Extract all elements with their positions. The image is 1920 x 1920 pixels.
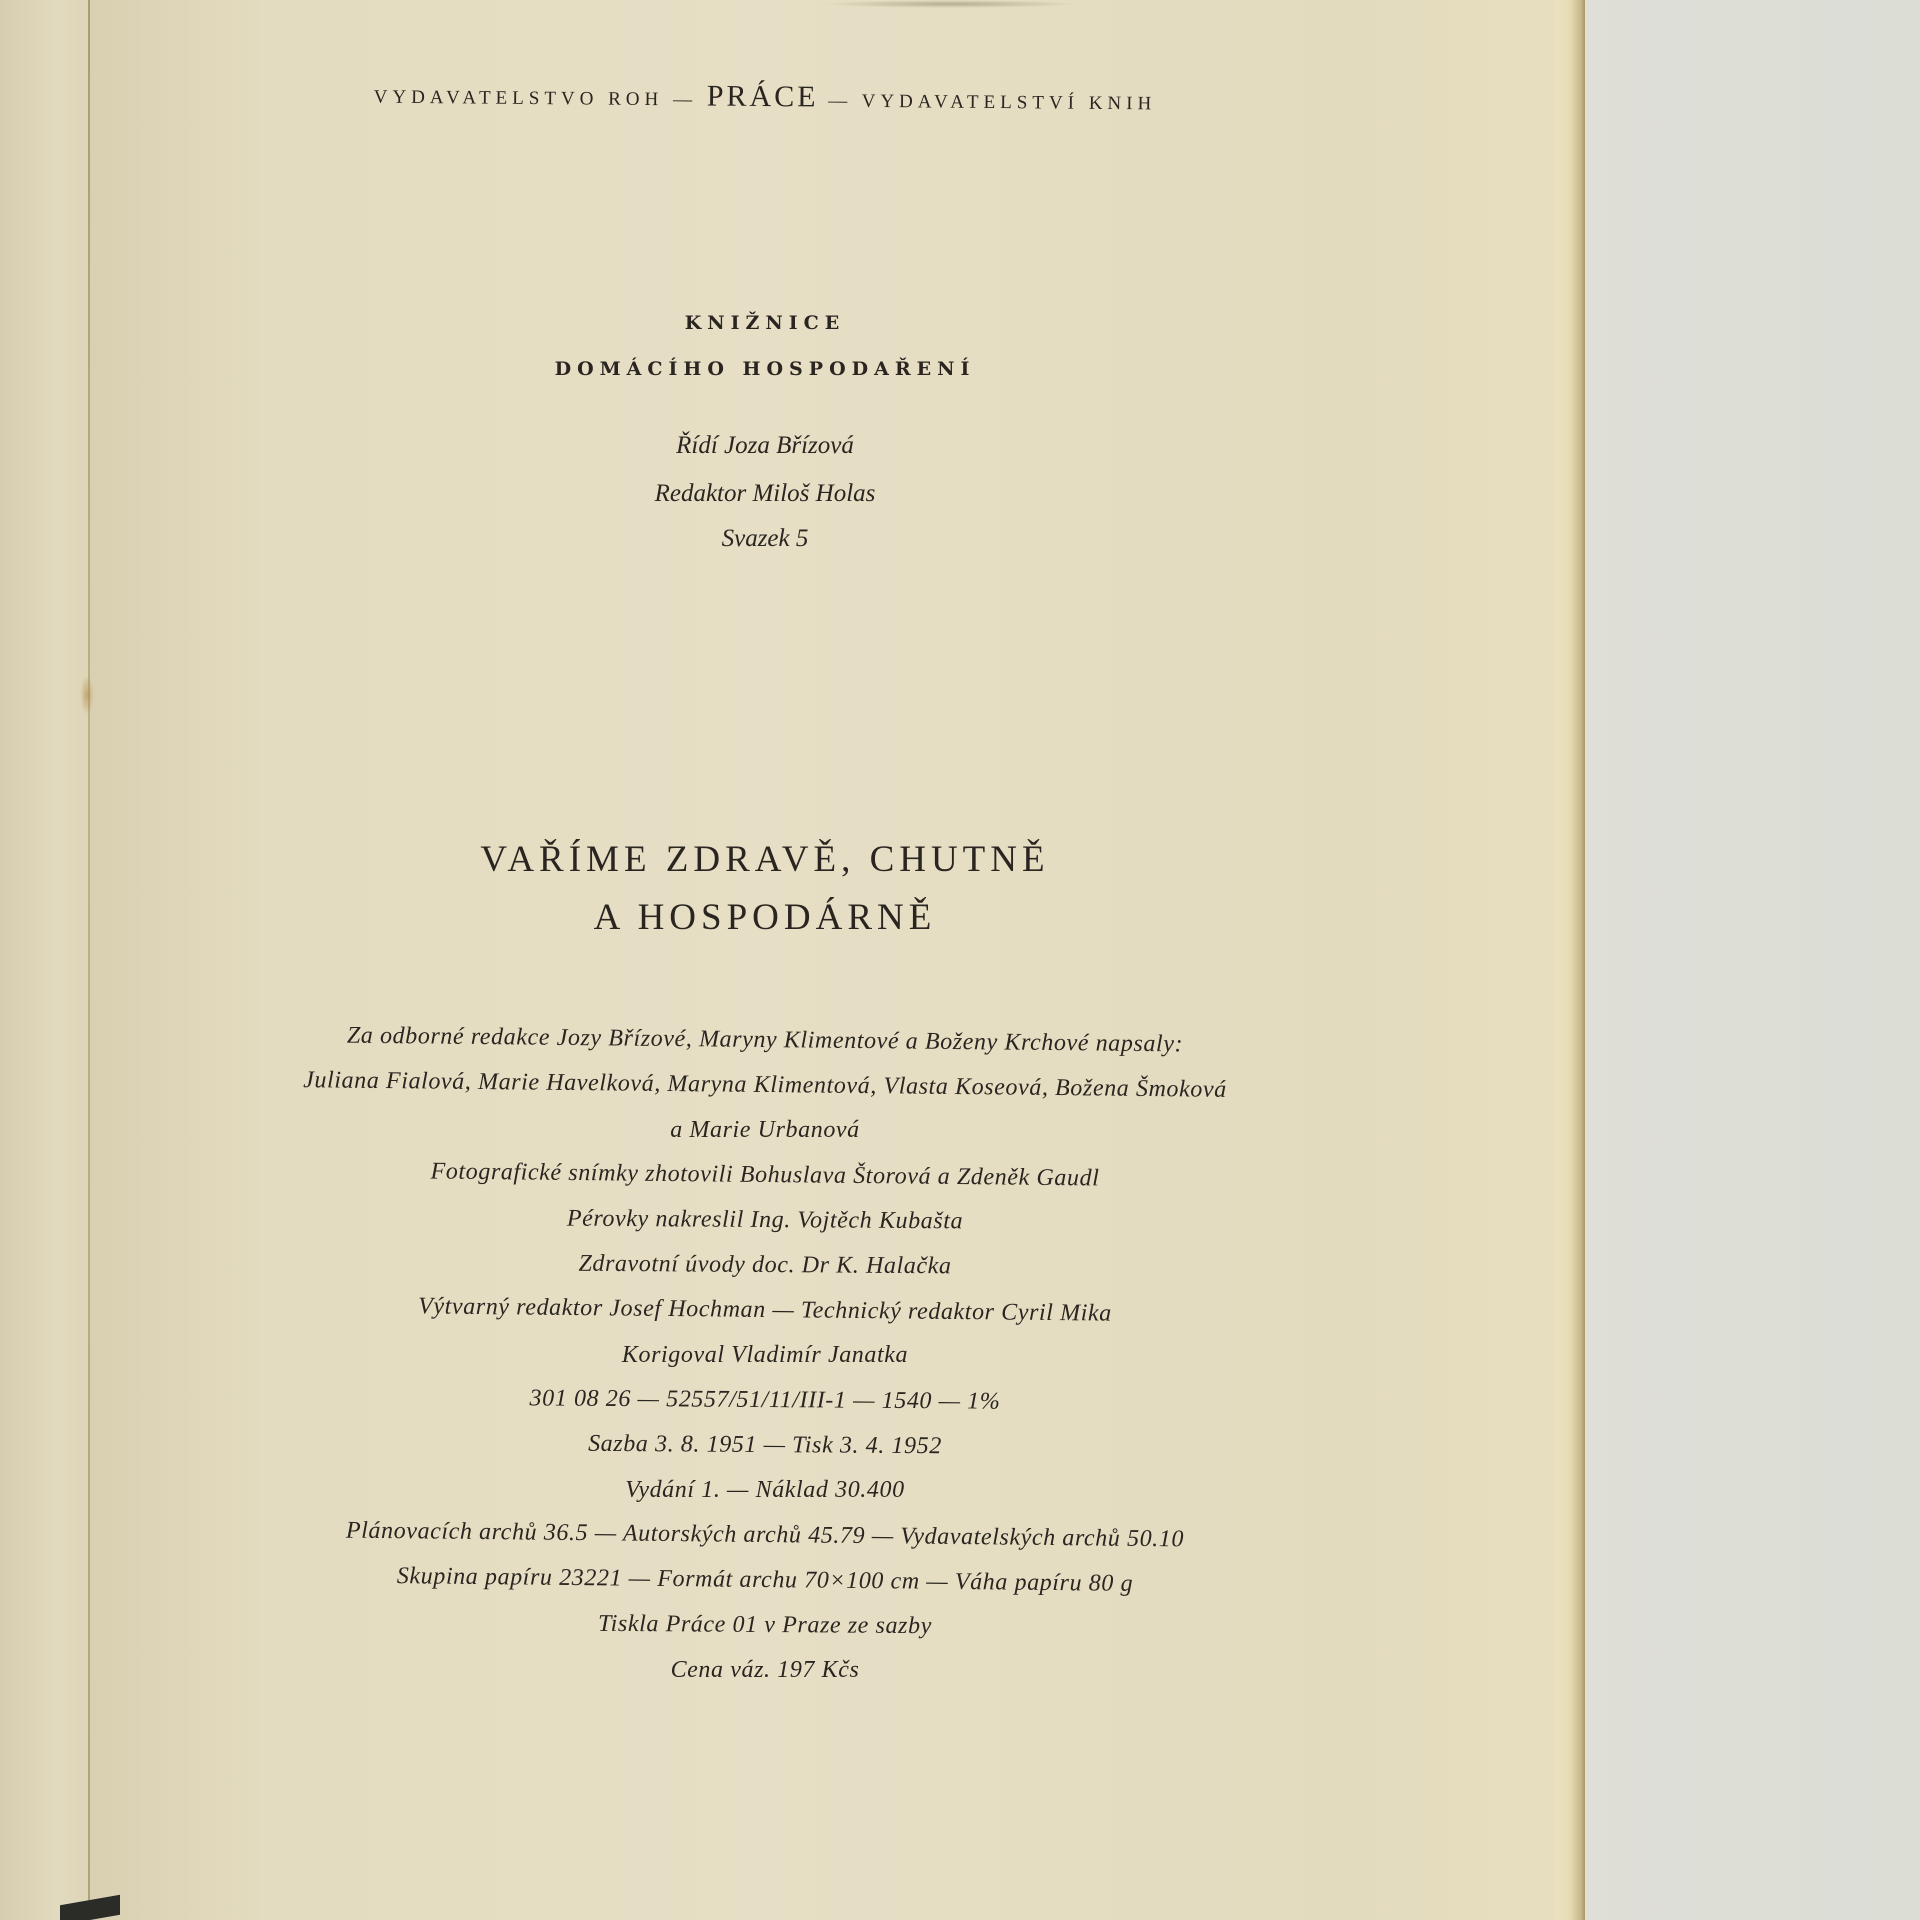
publisher-left: VYDAVATELSTVO ROH — [374, 87, 664, 111]
credit-line: Tiskla Práce 01 v Praze ze sazby — [0, 1598, 1530, 1654]
credit-line: Vydání 1. — Náklad 30.400 — [0, 1468, 1530, 1513]
dash: — — [673, 89, 697, 110]
series-name-line-2: DOMÁCÍHO HOSPODAŘENÍ — [0, 358, 1530, 380]
publisher-center: PRÁCE — [707, 79, 819, 113]
page-right-edge — [1555, 0, 1585, 1920]
publisher-right: VYDAVATELSTVÍ KNIH — [862, 91, 1157, 115]
paper-stain — [80, 675, 94, 715]
book-title-line-1: VAŘÍME ZDRAVĚ, CHUTNĚ — [0, 838, 1530, 881]
top-shadow — [820, 0, 1080, 8]
dash: — — [828, 91, 852, 112]
credit-line: Sazba 3. 8. 1951 — Tisk 3. 4. 1952 — [0, 1418, 1530, 1474]
price-line: Cena váz. 197 Kčs — [0, 1648, 1530, 1693]
credit-line: a Marie Urbanová — [0, 1108, 1530, 1153]
credit-line: Korigoval Vladimír Janatka — [0, 1333, 1530, 1378]
series-editor: Řídí Joza Břízová — [0, 432, 1530, 460]
series-name-line-1: KNIŽNICE — [0, 312, 1530, 334]
imprint-credits: Za odborné redakce Jozy Břízové, Maryny … — [0, 1018, 1530, 1693]
book-title-line-2: A HOSPODÁRNĚ — [0, 896, 1530, 939]
volume-number: Svazek 5 — [0, 525, 1530, 553]
photo-scene: VYDAVATELSTVO ROH — PRÁCE — VYDAVATELSTV… — [0, 0, 1920, 1920]
editor: Redaktor Miloš Holas — [0, 480, 1530, 508]
